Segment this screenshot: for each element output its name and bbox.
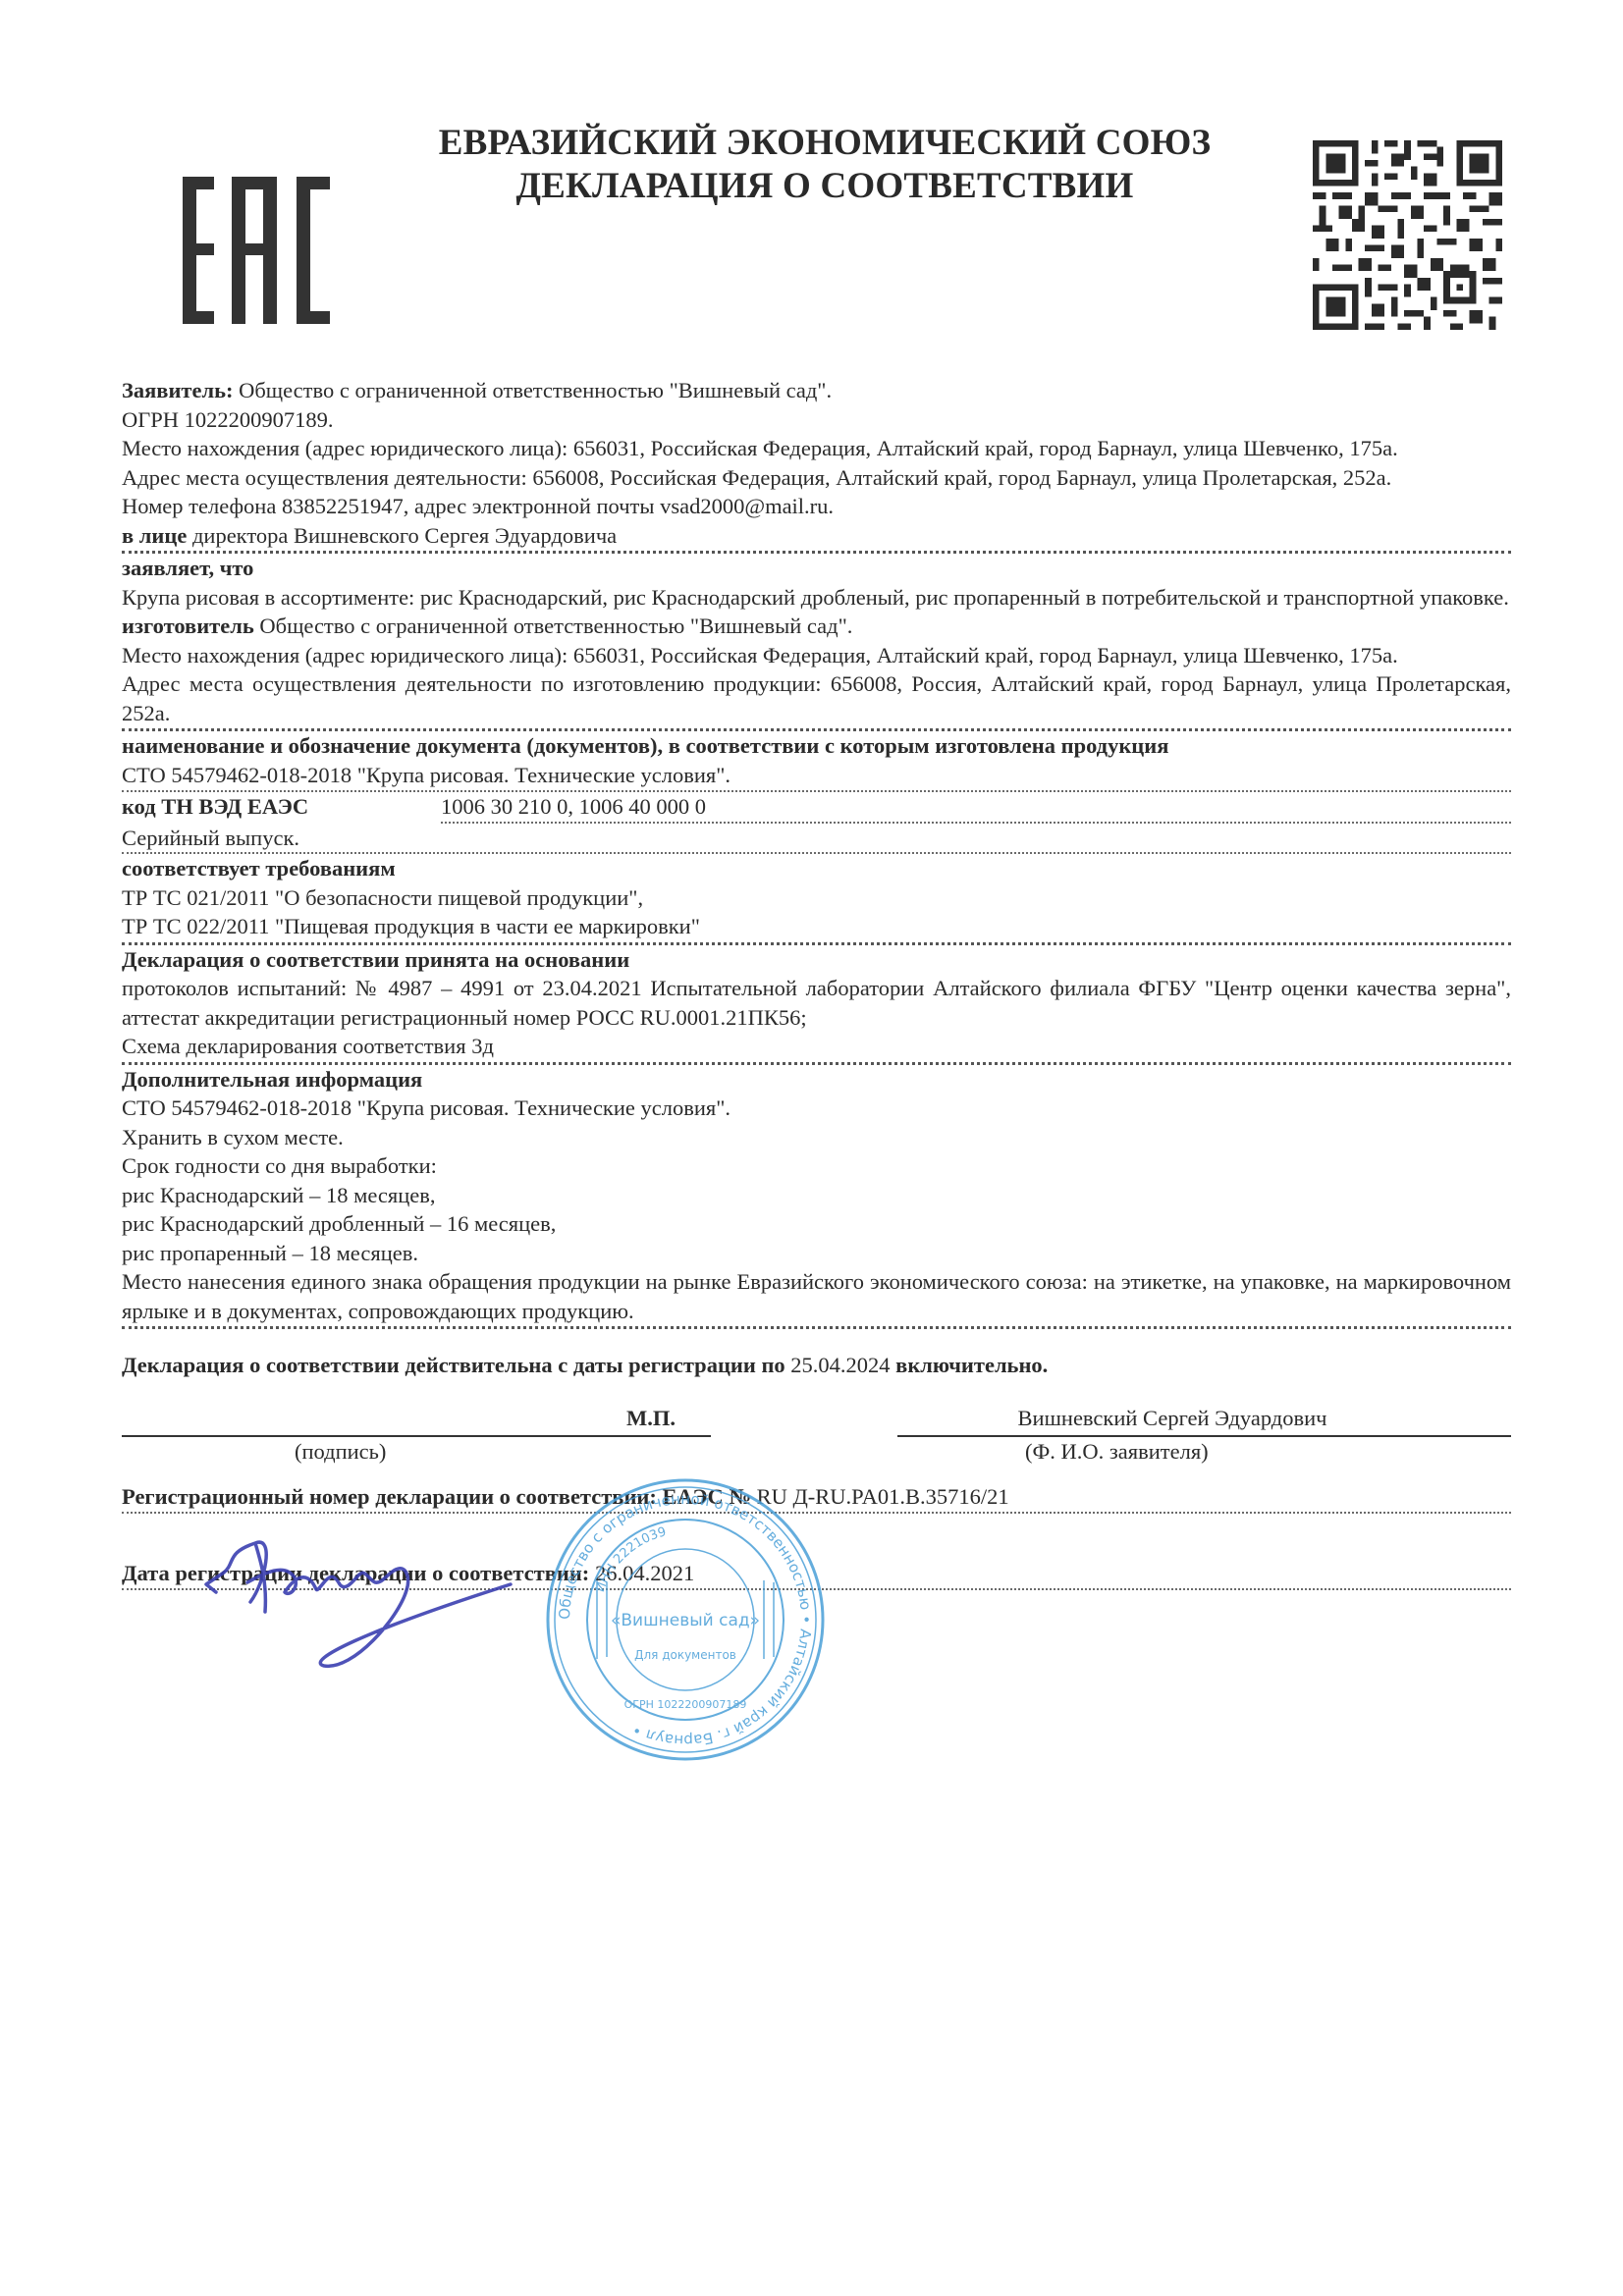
- represented-label: в лице: [122, 523, 187, 548]
- standard-doc-value: СТО 54579462-018-2018 "Крупа рисовая. Те…: [122, 761, 1511, 790]
- mark-placement: Место нанесения единого знака обращения …: [122, 1267, 1511, 1325]
- requirement-item: ТР ТС 022/2011 "Пищевая продукция в част…: [122, 912, 1511, 941]
- basis-scheme: Схема декларирования соответствия 3д: [122, 1032, 1511, 1061]
- signature-line: [122, 1435, 711, 1437]
- applicant-section: Заявитель: Общество с ограниченной ответ…: [122, 376, 1511, 551]
- additional-label: Дополнительная информация: [122, 1065, 1511, 1095]
- applicant-activity-address: Адрес места осуществления деятельности: …: [122, 463, 1511, 493]
- signature-block: М.П. Вишневский Сергей Эдуардович (подпи…: [122, 1392, 1511, 1482]
- validity-date: 25.04.2024: [790, 1353, 890, 1377]
- requirements-section: соответствует требованиям ТР ТС 021/2011…: [122, 854, 1511, 942]
- additional-line: рис Краснодарский – 18 месяцев,: [122, 1181, 1511, 1210]
- title-union: ЕВРАЗИЙСКИЙ ЭКОНОМИЧЕСКИЙ СОЮЗ: [393, 122, 1257, 165]
- standard-doc-section: наименование и обозначение документа (до…: [122, 731, 1511, 790]
- title-declaration: ДЕКЛАРАЦИЯ О СООТВЕТСТВИИ: [393, 165, 1257, 208]
- applicant-legal-address: Место нахождения (адрес юридического лиц…: [122, 434, 1511, 463]
- signature-caption: (подпись): [295, 1439, 386, 1465]
- additional-line: СТО 54579462-018-2018 "Крупа рисовая. Те…: [122, 1094, 1511, 1123]
- eac-logo-icon: [183, 177, 332, 324]
- svg-text:«Вишневый сад»: «Вишневый сад»: [611, 1611, 760, 1630]
- manufacturer-label: изготовитель: [122, 614, 254, 638]
- document-title: ЕВРАЗИЙСКИЙ ЭКОНОМИЧЕСКИЙ СОЮЗ ДЕКЛАРАЦИ…: [393, 122, 1257, 208]
- represented-by: директора Вишневского Сергея Эдуардовича: [187, 523, 617, 548]
- qr-code-icon: [1313, 140, 1502, 330]
- basis-section: Декларация о соответствии принята на осн…: [122, 945, 1511, 1062]
- basis-protocols: протоколов испытаний: № 4987 – 4991 от 2…: [122, 974, 1511, 1032]
- applicant-ogrn: ОГРН 1022200907189.: [122, 405, 1511, 435]
- validity-suffix: включительно.: [891, 1353, 1049, 1377]
- tnved-row: код ТН ВЭД ЕАЭС 1006 30 210 0, 1006 40 0…: [122, 792, 1511, 824]
- validity-prefix: Декларация о соответствии действительна …: [122, 1353, 790, 1377]
- signature-icon: [196, 1523, 560, 1681]
- tnved-label: код ТН ВЭД ЕАЭС: [122, 792, 441, 824]
- additional-line: Срок годности со дня выработки:: [122, 1151, 1511, 1181]
- additional-line: рис Краснодарский дробленный – 16 месяце…: [122, 1209, 1511, 1239]
- manufacturer-legal-address: Место нахождения (адрес юридического лиц…: [122, 641, 1511, 670]
- declares-label: заявляет, что: [122, 554, 1511, 583]
- seal-placeholder-label: М.П.: [626, 1406, 676, 1431]
- validity-statement: Декларация о соответствии действительна …: [122, 1351, 1511, 1380]
- requirement-item: ТР ТС 021/2011 "О безопасности пищевой п…: [122, 883, 1511, 913]
- declares-section: заявляет, что Крупа рисовая в ассортимен…: [122, 554, 1511, 728]
- applicant-label: Заявитель:: [122, 378, 233, 402]
- additional-section: Дополнительная информация СТО 54579462-0…: [122, 1065, 1511, 1327]
- basis-label: Декларация о соответствии принята на осн…: [122, 945, 1511, 975]
- signer-name: Вишневский Сергей Эдуардович: [927, 1406, 1418, 1431]
- svg-text:ОГРН 1022200907189: ОГРН 1022200907189: [624, 1698, 747, 1711]
- product-description: Крупа рисовая в ассортименте: рис Красно…: [122, 583, 1511, 613]
- additional-line: рис пропаренный – 18 месяцев.: [122, 1239, 1511, 1268]
- name-line: [897, 1435, 1511, 1437]
- applicant-contacts: Номер телефона 83852251947, адрес электр…: [122, 492, 1511, 521]
- tnved-value: 1006 30 210 0, 1006 40 000 0: [441, 792, 1511, 824]
- declaration-body: Заявитель: Общество с ограниченной ответ…: [122, 376, 1511, 1590]
- requirements-label: соответствует требованиям: [122, 854, 1511, 883]
- applicant-name: Общество с ограниченной ответственностью…: [233, 378, 832, 402]
- company-stamp-icon: Общество с ограниченной ответственностью…: [538, 1472, 833, 1767]
- declaration-page: ЕВРАЗИЙСКИЙ ЭКОНОМИЧЕСКИЙ СОЮЗ ДЕКЛАРАЦИ…: [0, 0, 1623, 2296]
- manufacturer-name: Общество с ограниченной ответственностью…: [254, 614, 853, 638]
- divider: [122, 1326, 1511, 1329]
- svg-text:Для документов: Для документов: [634, 1648, 736, 1662]
- manufacturer-production-address: Адрес места осуществления деятельности п…: [122, 669, 1511, 727]
- production-type: Серийный выпуск.: [122, 824, 1511, 853]
- standard-doc-label: наименование и обозначение документа (до…: [122, 731, 1511, 761]
- additional-line: Хранить в сухом месте.: [122, 1123, 1511, 1152]
- name-caption: (Ф. И.О. заявителя): [1025, 1439, 1209, 1465]
